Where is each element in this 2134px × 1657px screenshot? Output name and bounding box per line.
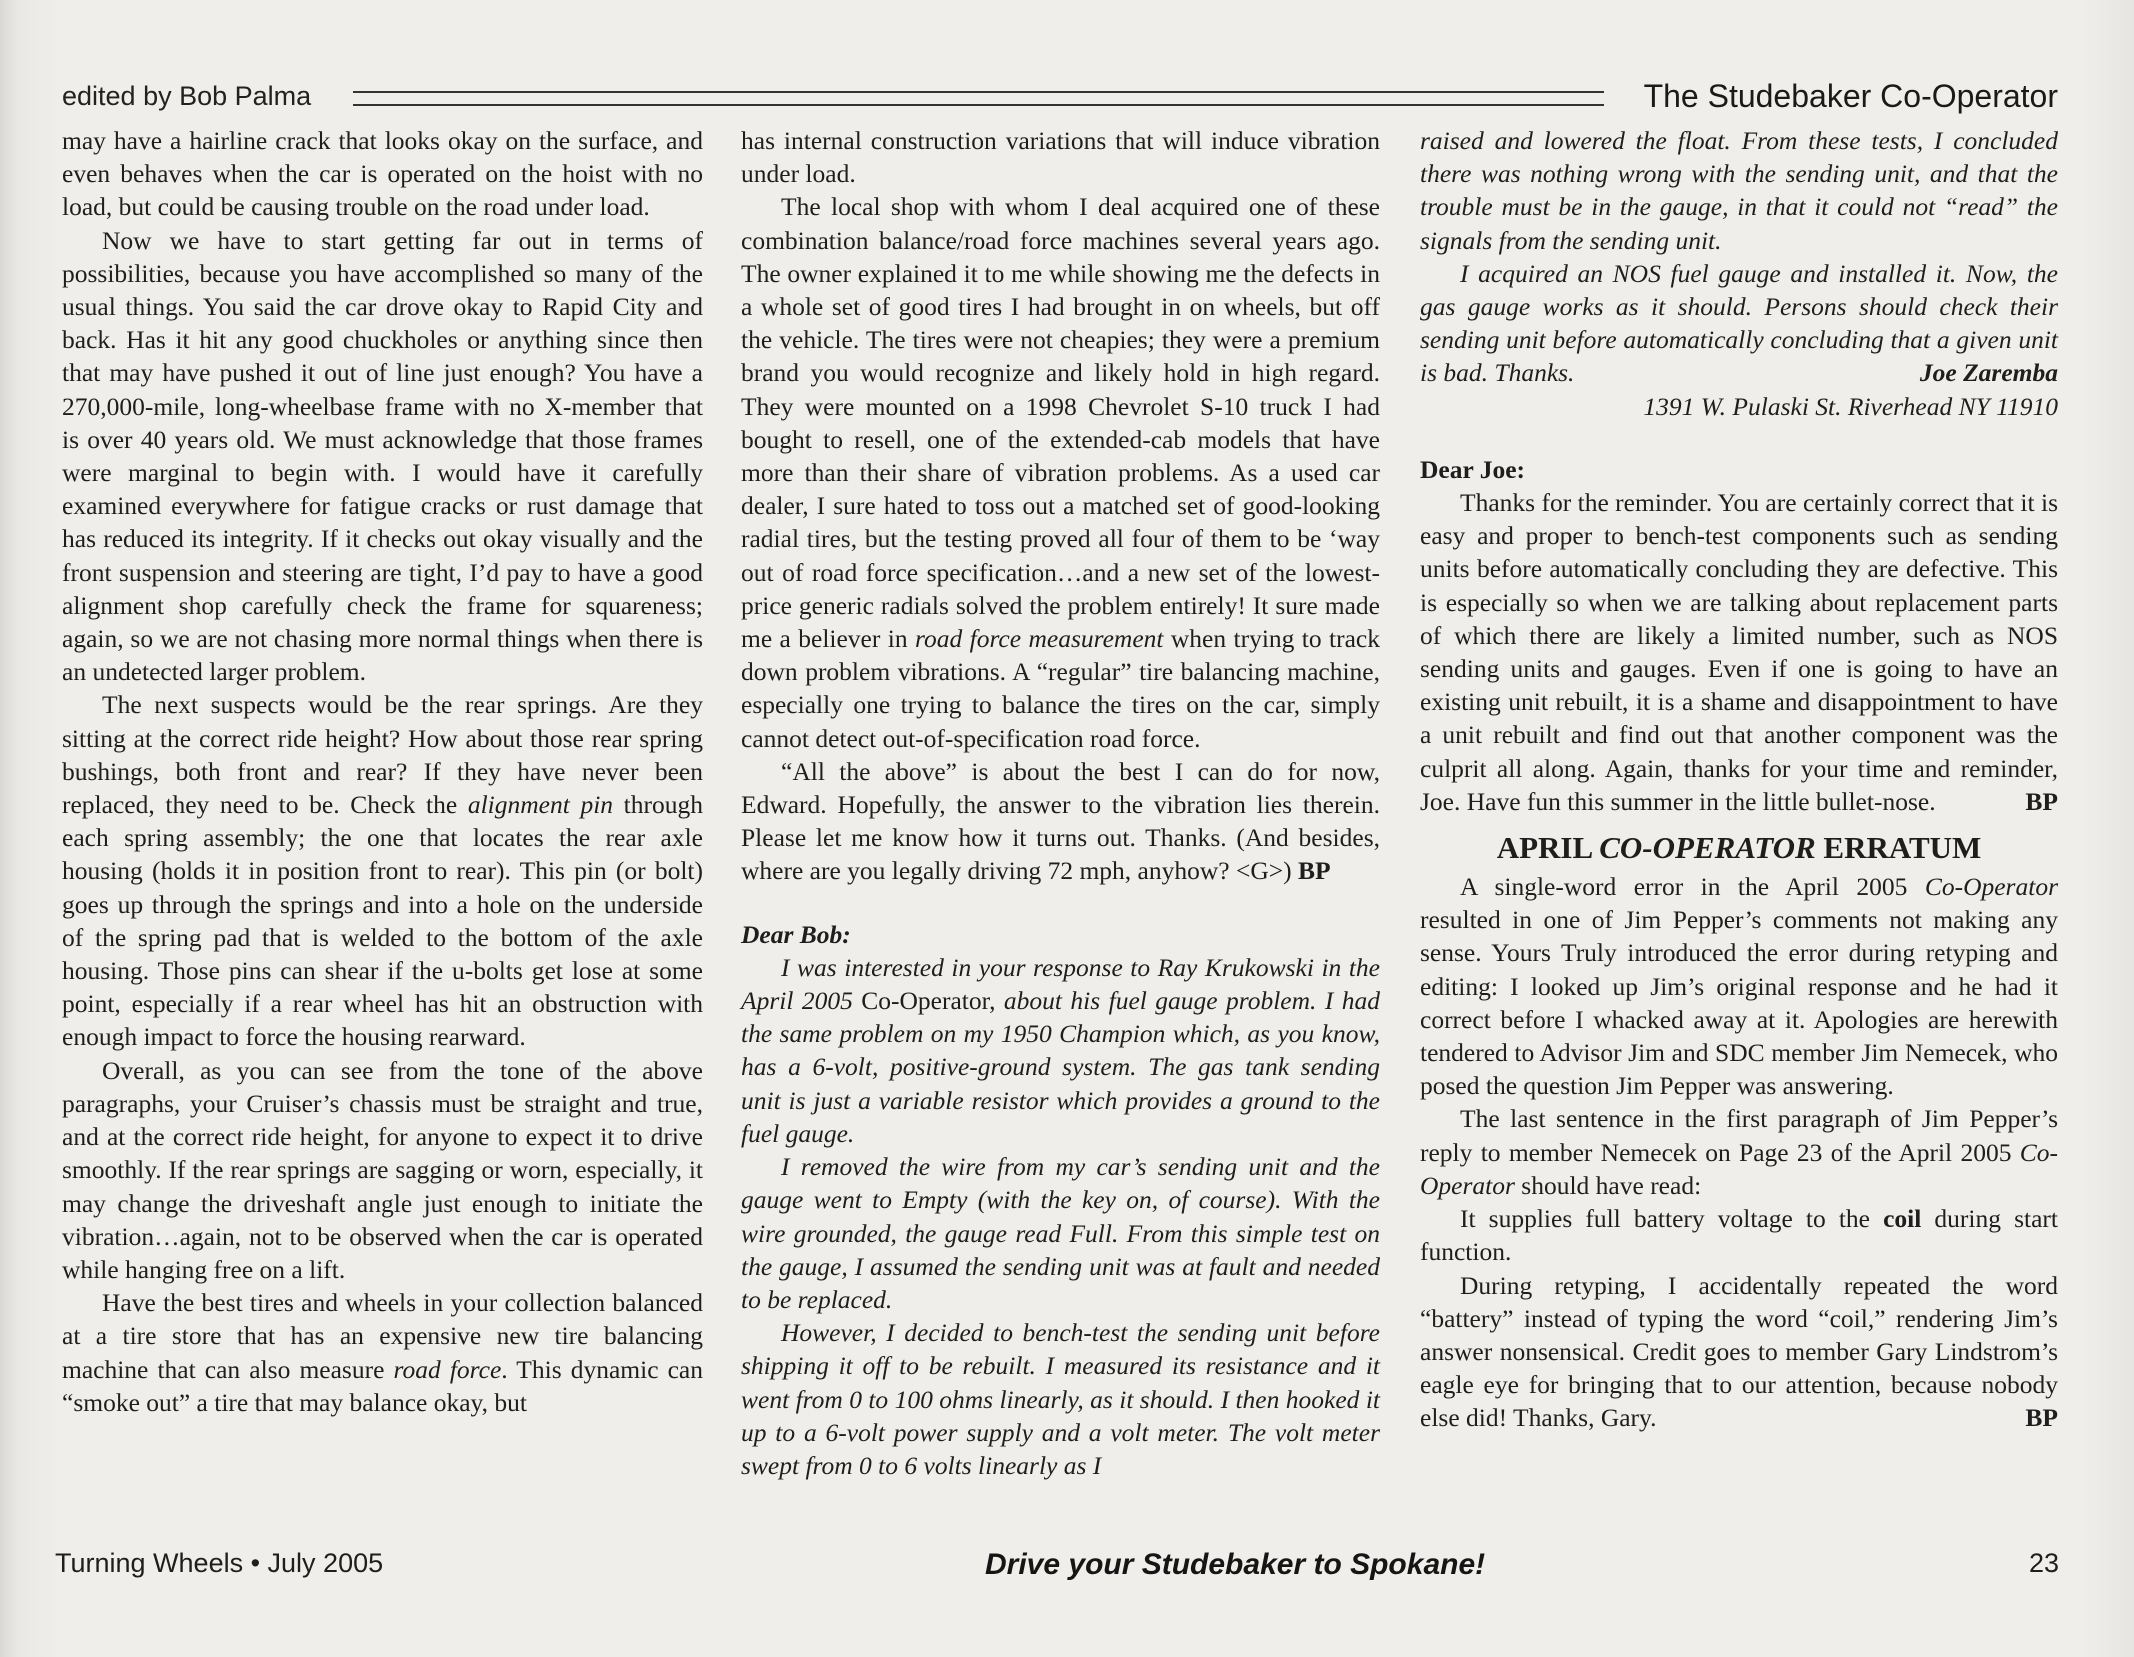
text: through each spring assembly; the one th…	[62, 790, 703, 1051]
paragraph: A single-word error in the April 2005 Co…	[1420, 870, 2058, 1102]
paragraph: The next suspects would be the rear spri…	[62, 688, 703, 1053]
editor-credit: edited by Bob Palma	[62, 81, 311, 112]
emphasis-bold: coil	[1883, 1204, 1921, 1233]
letter-salutation: Dear Bob:	[741, 918, 1380, 951]
text: A single-word error in the April 2005	[1460, 872, 1925, 901]
paragraph: Thanks for the reminder. You are certain…	[1420, 486, 2058, 818]
emphasis: road force	[394, 1355, 502, 1384]
paragraph: Overall, as you can see from the tone of…	[62, 1054, 703, 1286]
text: should have read:	[1515, 1171, 1701, 1200]
page-header: edited by Bob Palma The Studebaker Co-Op…	[62, 76, 2058, 116]
text: resulted in one of Jim Pepper’s comments…	[1420, 905, 2058, 1100]
emphasis: Co-Operator	[1925, 872, 2058, 901]
letter-paragraph: I acquired an NOS fuel gauge and install…	[1420, 257, 2058, 390]
letter-author: Joe Zaremba	[1880, 356, 2058, 389]
signature-initials: BP	[1985, 1401, 2058, 1434]
text: The last sentence in the first paragraph…	[1420, 1104, 2058, 1166]
paragraph: Now we have to start getting far out in …	[62, 224, 703, 689]
section-heading: APRIL CO-OPERATOR ERRATUM	[1420, 828, 2058, 868]
letter-paragraph: raised and lowered the float. From these…	[1420, 124, 2058, 257]
letter-address: 1391 W. Pulaski St. Riverhead NY 11910	[1420, 390, 2058, 423]
paragraph: During retyping, I accidentally repeated…	[1420, 1269, 2058, 1435]
column-title: The Studebaker Co-Operator	[1644, 78, 2058, 115]
footer-slogan: Drive your Studebaker to Spokane!	[985, 1548, 1485, 1582]
text: It supplies full battery voltage to the	[1460, 1204, 1883, 1233]
paragraph: has internal construction variations tha…	[741, 124, 1380, 190]
publication-name: Co-Operator,	[861, 986, 995, 1015]
signature-initials: BP	[1298, 856, 1331, 885]
paragraph: “All the above” is about the best I can …	[741, 755, 1380, 888]
text: APRIL	[1497, 830, 1600, 865]
emphasis: CO-OPERATOR	[1599, 830, 1815, 865]
publication-issue: Turning Wheels • July 2005	[55, 1548, 383, 1579]
column-left: may have a hairline crack that looks oka…	[62, 124, 703, 1419]
signature-initials: BP	[1985, 785, 2058, 818]
text: ERRATUM	[1816, 830, 1982, 865]
letter-paragraph: However, I decided to bench-test the sen…	[741, 1316, 1380, 1482]
emphasis: alignment pin	[468, 790, 613, 819]
text: During retyping, I accidentally repeated…	[1420, 1271, 2058, 1433]
paragraph: Have the best tires and wheels in your c…	[62, 1286, 703, 1419]
paragraph: may have a hairline crack that looks oka…	[62, 124, 703, 224]
paragraph: The last sentence in the first paragraph…	[1420, 1102, 2058, 1202]
column-middle: has internal construction variations tha…	[741, 124, 1380, 1482]
text: Thanks for the reminder. You are certain…	[1420, 488, 2058, 816]
paragraph: The local shop with whom I deal acquired…	[741, 190, 1380, 754]
reply-salutation: Dear Joe:	[1420, 453, 2058, 486]
page-number: 23	[2029, 1548, 2059, 1579]
letter-paragraph: I was interested in your response to Ray…	[741, 951, 1380, 1150]
emphasis: road force measurement	[915, 624, 1163, 653]
page-footer: Turning Wheels • July 2005 Drive your St…	[55, 1548, 2059, 1588]
header-double-rule	[353, 91, 1603, 106]
text: The local shop with whom I deal acquired…	[741, 192, 1380, 653]
column-right: raised and lowered the float. From these…	[1420, 124, 2058, 1435]
text: “All the above” is about the best I can …	[741, 757, 1380, 886]
letter-paragraph: I removed the wire from my car’s sending…	[741, 1150, 1380, 1316]
magazine-page: edited by Bob Palma The Studebaker Co-Op…	[0, 0, 2134, 1657]
paragraph: It supplies full battery voltage to the …	[1420, 1202, 2058, 1268]
